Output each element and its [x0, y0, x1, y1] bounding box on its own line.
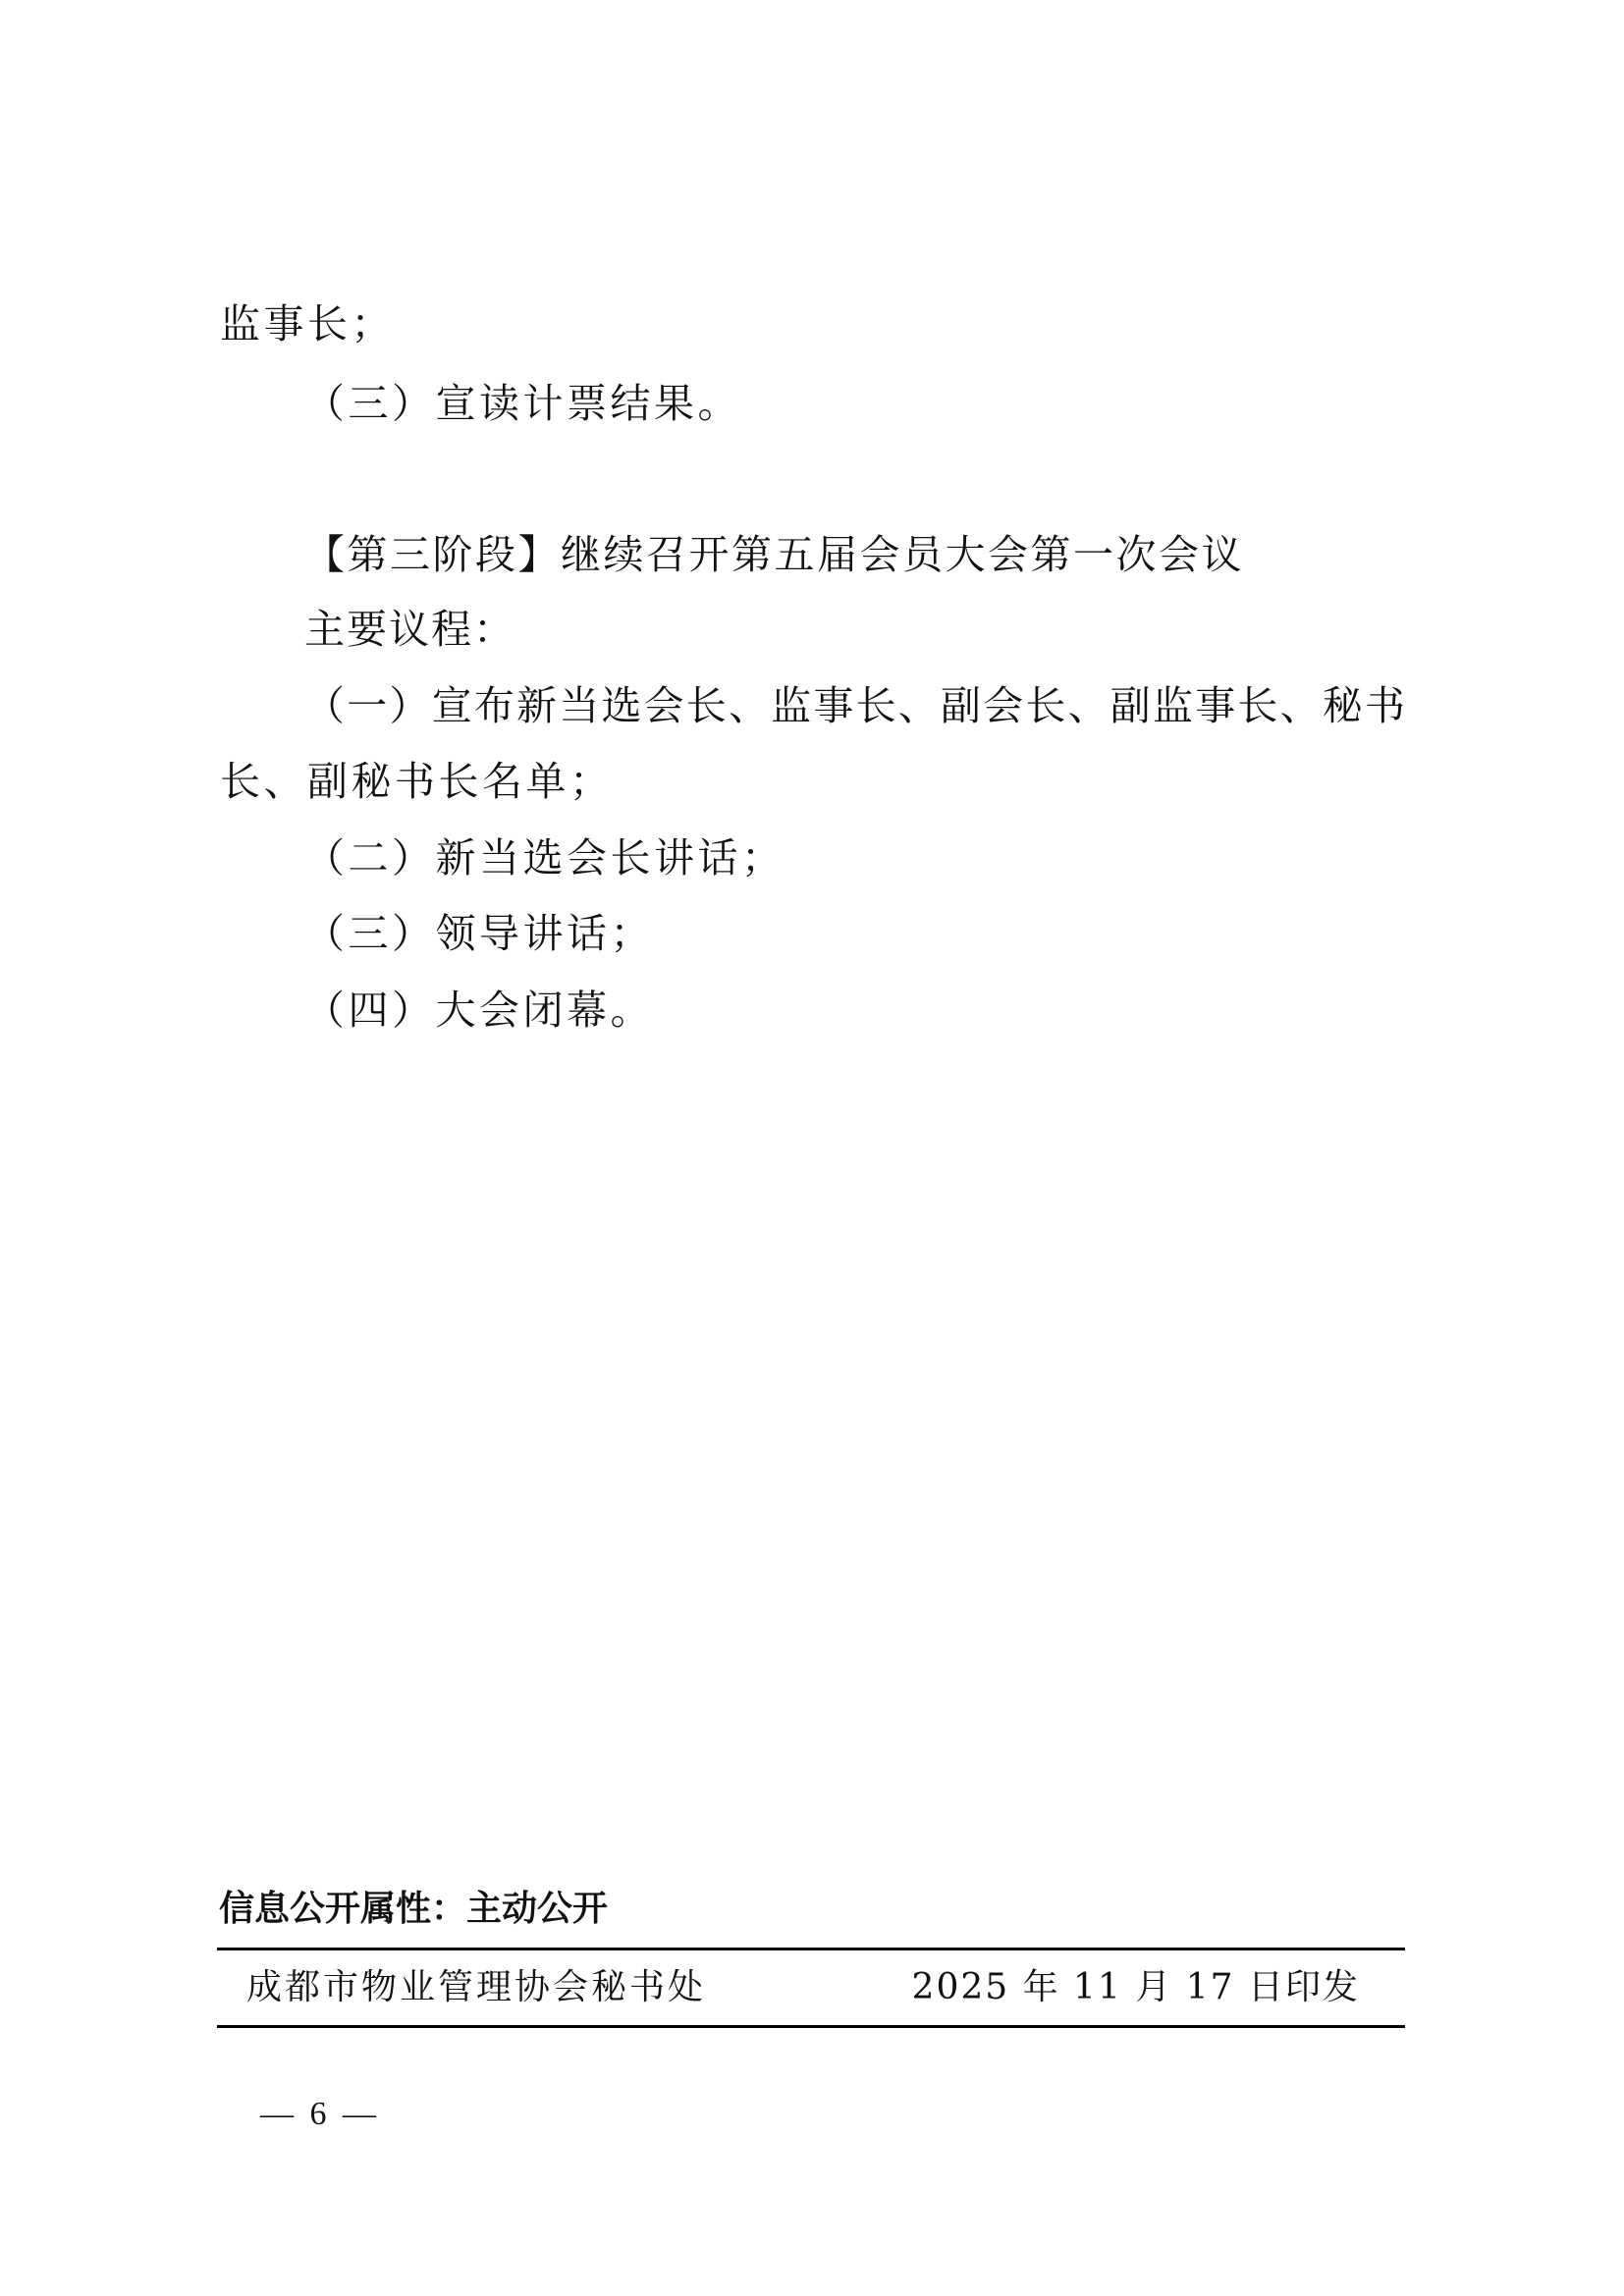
- agenda-item-1-line-2: 长、副秘书长名单；: [220, 758, 1408, 805]
- disclosure-attribute: 信息公开属性：主动公开: [219, 1885, 608, 1933]
- footer-rule-top: [217, 1948, 1405, 1950]
- agenda-item-2: （二）新当选会长讲话；: [304, 834, 1492, 881]
- agenda-label: 主要议程：: [304, 606, 1492, 653]
- issuance-row: 成都市物业管理协会秘书处 2025 年 11 月 17 日印发: [217, 1958, 1405, 2017]
- page-number: — 6 —: [260, 2091, 380, 2138]
- agenda-item-4: （四）大会闭幕。: [304, 987, 1492, 1034]
- disclosure-value: 主动公开: [466, 1888, 608, 1929]
- agenda-item-3: （三）领导讲话；: [304, 910, 1492, 957]
- disclosure-label: 信息公开属性：: [219, 1889, 466, 1929]
- issue-date: 2025 年 11 月 17 日印发: [912, 1958, 1360, 2017]
- body-line-supervisor-continuation: 监事长；: [220, 300, 1408, 347]
- issuer-name: 成都市物业管理协会秘书处: [246, 1958, 706, 2017]
- body-line-announce-vote-results: （三）宣读计票结果。: [304, 380, 1492, 427]
- document-page: 监事长； （三）宣读计票结果。 【第三阶段】继续召开第五届会员大会第一次会议 主…: [0, 0, 1624, 2296]
- stage-three-heading: 【第三阶段】继续召开第五届会员大会第一次会议: [304, 531, 1492, 578]
- agenda-item-1-line-1: （一）宣布新当选会长、监事长、副会长、副监事长、秘书: [304, 682, 1492, 729]
- footer-rule-bottom: [217, 2025, 1405, 2028]
